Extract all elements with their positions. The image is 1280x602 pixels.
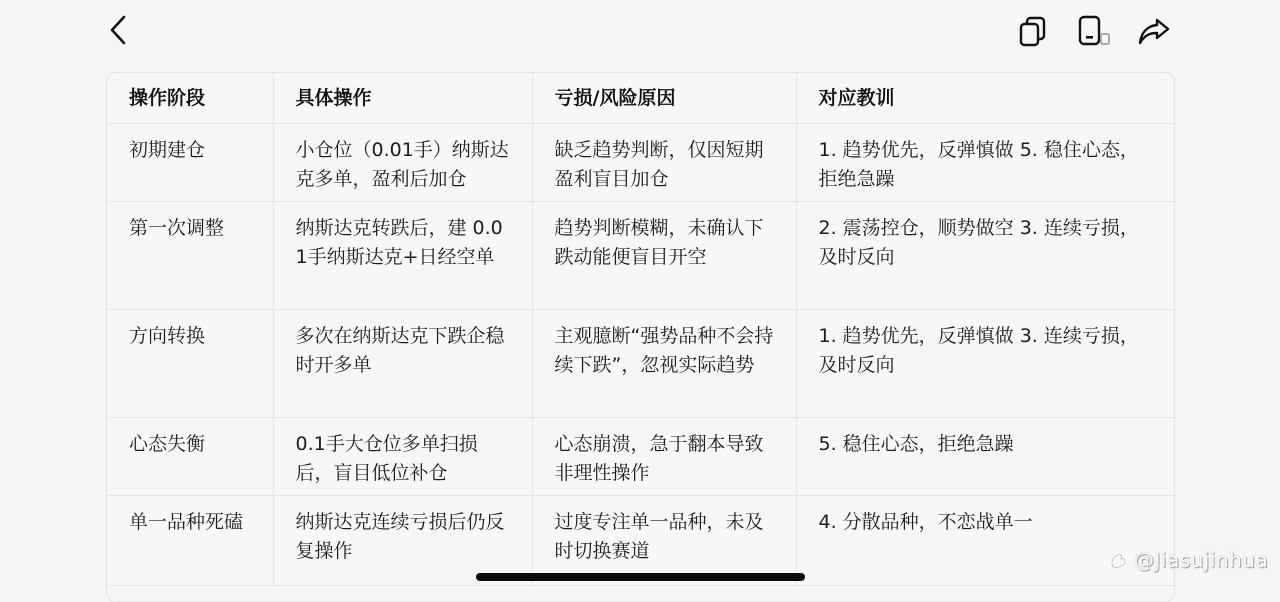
chevron-left-icon	[107, 14, 129, 46]
share-button[interactable]	[1134, 12, 1174, 50]
header-stage: 操作阶段	[107, 73, 273, 123]
header-reason: 亏损/风险原因	[532, 73, 796, 123]
table-row: 初期建仓 小仓位（0.01手）纳斯达克多单，盈利后加仓 缺乏趋势判断，仅因短期盈…	[107, 123, 1175, 201]
share-icon	[1137, 16, 1171, 46]
weibo-logo-icon	[1108, 549, 1130, 571]
watermark: @Jiasujinhua	[1108, 548, 1268, 572]
cell-stage: 心态失衡	[107, 417, 273, 495]
cell-stage: 单一品种死磕	[107, 495, 273, 585]
cell-stage: 初期建仓	[107, 123, 273, 201]
cell-reason: 过度专注单一品种，未及时切换赛道	[532, 495, 796, 585]
cell-action: 纳斯达克连续亏损后仍反复操作	[273, 495, 532, 585]
copy-button[interactable]	[1014, 12, 1052, 50]
back-button[interactable]	[100, 12, 136, 48]
home-indicator[interactable]	[476, 573, 805, 581]
cell-action: 多次在纳斯达克下跌企稳时开多单	[273, 309, 532, 417]
cell-reason: 趋势判断模糊，未确认下跌动能便盲目开空	[532, 201, 796, 309]
table-row: 方向转换 多次在纳斯达克下跌企稳时开多单 主观臆断“强势品种不会持续下跌”，忽视…	[107, 309, 1175, 417]
watermark-text: @Jiasujinhua	[1134, 548, 1268, 572]
cell-lesson: 1. 趋势优先，反弹慎做 3. 连续亏损，及时反向	[796, 309, 1175, 417]
cell-reason: 主观臆断“强势品种不会持续下跌”，忽视实际趋势	[532, 309, 796, 417]
header-action: 具体操作	[273, 73, 532, 123]
header-lesson: 对应教训	[796, 73, 1175, 123]
table-row: 心态失衡 0.1手大仓位多单扫损后，盲目低位补仓 心态崩溃，急于翻本导致非理性操…	[107, 417, 1175, 495]
cell-stage: 第一次调整	[107, 201, 273, 309]
cell-lesson: 2. 震荡控仓，顺势做空 3. 连续亏损，及时反向	[796, 201, 1175, 309]
table-row: 第一次调整 纳斯达克转跌后，建 0.01手纳斯达克+日经空单 趋势判断模糊，未确…	[107, 201, 1175, 309]
device-switch-icon	[1077, 14, 1113, 48]
lessons-table: 操作阶段 具体操作 亏损/风险原因 对应教训 初期建仓 小仓位（0.01手）纳斯…	[106, 72, 1175, 592]
cell-stage: 方向转换	[107, 309, 273, 417]
table-header-row: 操作阶段 具体操作 亏损/风险原因 对应教训	[107, 73, 1175, 123]
table-row: 单一品种死磕 纳斯达克连续亏损后仍反复操作 过度专注单一品种，未及时切换赛道 4…	[107, 495, 1175, 585]
cell-action: 纳斯达克转跌后，建 0.01手纳斯达克+日经空单	[273, 201, 532, 309]
cell-action: 小仓位（0.01手）纳斯达克多单，盈利后加仓	[273, 123, 532, 201]
cell-lesson: 5. 稳住心态，拒绝急躁	[796, 417, 1175, 495]
cell-action: 0.1手大仓位多单扫损后，盲目低位补仓	[273, 417, 532, 495]
cell-reason: 缺乏趋势判断，仅因短期盈利盲目加仓	[532, 123, 796, 201]
device-switch-button[interactable]	[1074, 12, 1116, 50]
top-toolbar	[0, 0, 1280, 62]
cell-lesson: 1. 趋势优先，反弹慎做 5. 稳住心态，拒绝急躁	[796, 123, 1175, 201]
copy-icon	[1018, 15, 1048, 47]
cell-reason: 心态崩溃，急于翻本导致非理性操作	[532, 417, 796, 495]
